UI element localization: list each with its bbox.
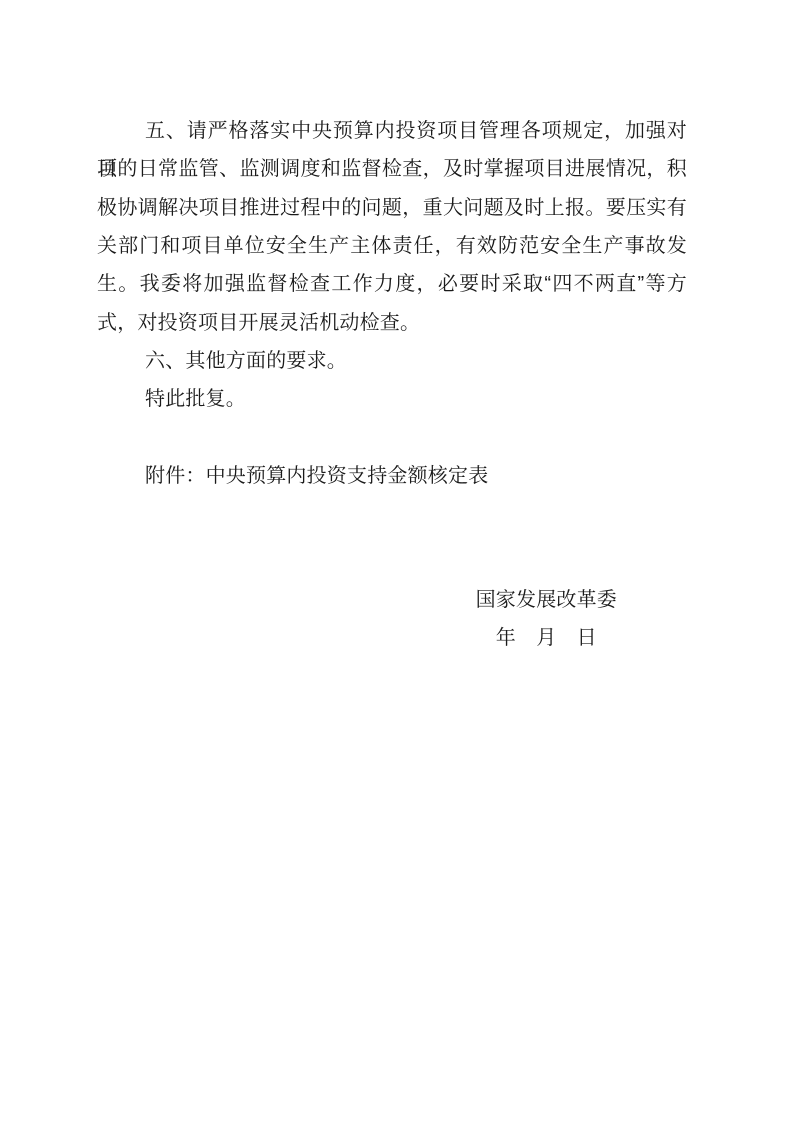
- paragraph-item-five: 五、请严格落实中央预算内投资项目管理各项规定，加强对项 目的日常监管、监测调度和…: [97, 112, 687, 342]
- body-text-line: 关部门和项目单位安全生产主体责任，有效防范安全生产事故发: [97, 227, 687, 265]
- signature-inner: 国家发展改革委 年 月 日: [476, 581, 617, 658]
- attachment-line: 附件：中央预算内投资支持金额核定表: [97, 457, 687, 495]
- document-page: 五、请严格落实中央预算内投资项目管理各项规定，加强对项 目的日常监管、监测调度和…: [0, 0, 793, 1122]
- document-content: 五、请严格落实中央预算内投资项目管理各项规定，加强对项 目的日常监管、监测调度和…: [97, 112, 687, 658]
- signature-block: 国家发展改革委 年 月 日: [97, 581, 687, 658]
- paragraph-item-six: 六、其他方面的要求。: [97, 342, 687, 380]
- date-placeholder-line: 年 月 日: [476, 619, 617, 657]
- blank-line: [97, 495, 687, 533]
- blank-line: [97, 419, 687, 457]
- body-text-line: 目的日常监管、监测调度和监督检查，及时掌握项目进展情况，积: [97, 150, 687, 188]
- closing-phrase: 特此批复。: [97, 380, 687, 418]
- body-text-line: 生。我委将加强监督检查工作力度，必要时采取“四不两直”等方: [97, 265, 687, 303]
- body-text-line: 极协调解决项目推进过程中的问题，重大问题及时上报。要压实有: [97, 189, 687, 227]
- blank-line: [97, 534, 687, 572]
- issuer-name: 国家发展改革委: [476, 581, 617, 619]
- body-text-line: 五、请严格落实中央预算内投资项目管理各项规定，加强对项: [97, 112, 687, 150]
- body-text-line: 式，对投资项目开展灵活机动检查。: [97, 304, 687, 342]
